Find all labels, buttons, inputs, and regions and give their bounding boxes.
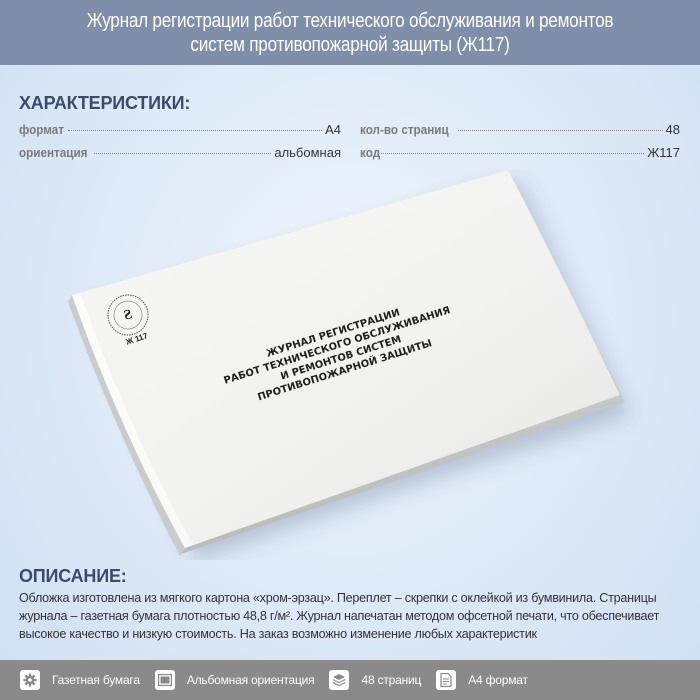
spec-row-orientation: ориентация альбомная: [19, 145, 341, 163]
spec-label: кол-во страниц: [360, 122, 449, 137]
spec-value: альбомная: [274, 145, 341, 160]
spec-label: формат: [19, 122, 64, 137]
feature-label: Газетная бумага: [52, 673, 140, 687]
layers-icon: [329, 670, 349, 690]
spec-label: код: [360, 145, 380, 160]
feature-label: Альбомная ориентация: [187, 673, 315, 687]
spec-row-format: формат А4: [19, 122, 341, 140]
feature-paper: Газетная бумага: [20, 670, 140, 690]
description-text: Обложка изготовлена из мягкого картона «…: [19, 589, 684, 643]
feature-orientation: Альбомная ориентация: [155, 670, 315, 690]
header-title-line1: Журнал регистрации работ технического об…: [49, 9, 651, 33]
spec-row-code: код Ж117: [360, 145, 680, 163]
dot-leader: [94, 153, 271, 154]
gear-icon: [20, 670, 40, 690]
features-bar: Газетная бумага Альбомная ориентация 48 …: [0, 660, 700, 700]
page-header: Журнал регистрации работ технического об…: [0, 0, 700, 65]
landscape-icon: [155, 670, 175, 690]
dot-leader: [458, 130, 663, 131]
feature-label: А4 формат: [468, 673, 528, 687]
header-title-line2: систем противопожарной защиты (Ж117): [49, 33, 651, 57]
journal-booklet-illustration: Ƨ Ж 117 ЖУРНАЛ РЕГИСТРАЦИИ РАБОТ ТЕХНИЧЕ…: [0, 170, 700, 560]
feature-label: 48 страниц: [361, 673, 421, 687]
feature-pages: 48 страниц: [329, 670, 421, 690]
document-icon: [436, 670, 456, 690]
spec-label: ориентация: [19, 145, 88, 160]
spec-row-pages: кол-во страниц 48: [360, 122, 680, 140]
feature-format: А4 формат: [436, 670, 528, 690]
description-title: ОПИСАНИЕ:: [19, 566, 127, 587]
spec-value: А4: [325, 122, 341, 137]
spec-value: 48: [666, 122, 680, 137]
spec-value: Ж117: [647, 145, 680, 160]
dot-leader: [381, 153, 644, 154]
specs-title: ХАРАКТЕРИСТИКИ:: [19, 93, 190, 114]
dot-leader: [68, 130, 322, 131]
product-image: Ƨ Ж 117 ЖУРНАЛ РЕГИСТРАЦИИ РАБОТ ТЕХНИЧЕ…: [0, 170, 700, 560]
